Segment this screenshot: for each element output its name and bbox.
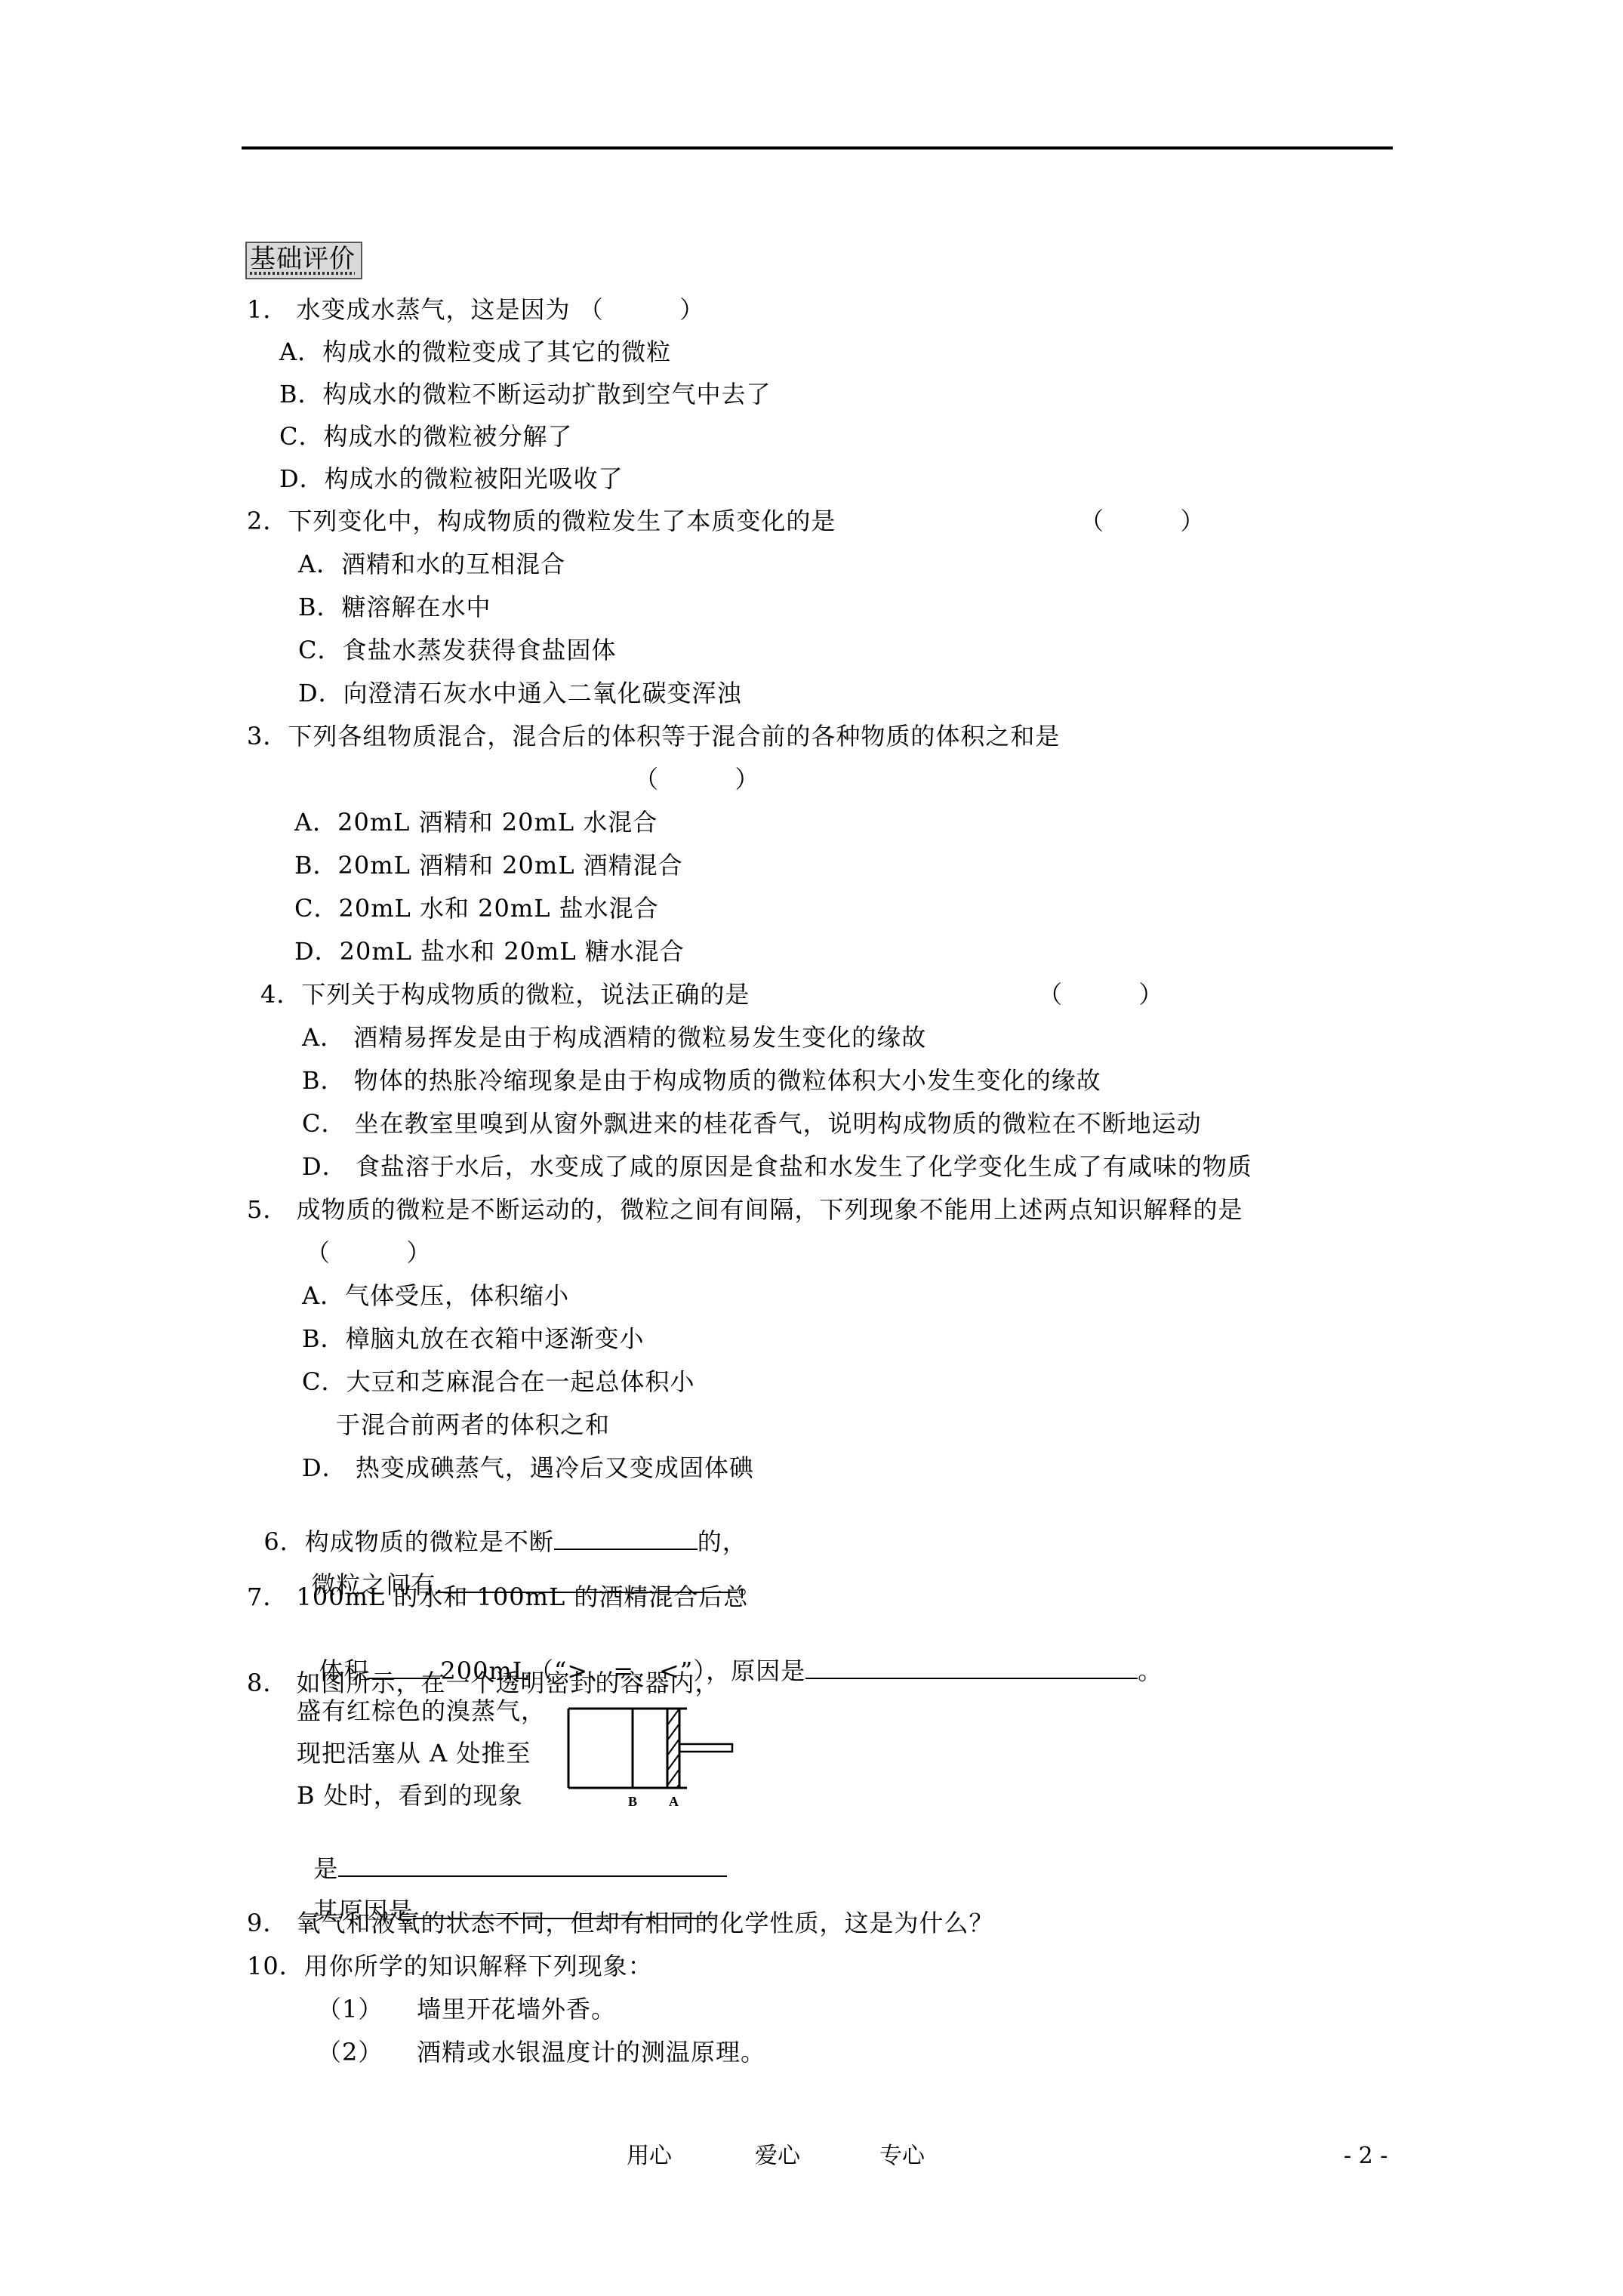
q5-option-b: B．樟脑丸放在衣箱中逐渐变小 [302, 1324, 645, 1354]
q1-option-d: D．构成水的微粒被阳光吸收了 [279, 464, 624, 494]
piston-cylinder-diagram: B A [559, 1699, 747, 1820]
q10-stem: 10．用你所学的知识解释下列现象： [247, 1951, 653, 1981]
wavy-underline [250, 272, 355, 275]
q7-blank-reason[interactable] [805, 1655, 1138, 1679]
page-number: - 2 - [1344, 2143, 1387, 2170]
q3-option-a: A．20mL 酒精和 20mL 水混合 [294, 807, 658, 837]
q2-option-c: C．食盐水蒸发获得食盐固体 [298, 635, 617, 665]
q8-line-3: 现把活塞从 A 处推至 [297, 1738, 531, 1768]
q7-text-c: 。 [1138, 1657, 1163, 1685]
q8-line-1: 8． 如图所示，在一个透明密封的容器内， [247, 1668, 720, 1698]
section-title-basic-evaluation: 基础评价 [245, 242, 362, 279]
q5-option-a: A．气体受压，体积缩小 [302, 1281, 569, 1311]
footer-motto-2: 爱心 [755, 2143, 800, 2170]
q1-option-b: B．构成水的微粒不断运动扩散到空气中去了 [279, 379, 771, 409]
label-a: A [669, 1794, 679, 1809]
q4-option-a: A． 酒精易挥发是由于构成酒精的微粒易发生变化的缘故 [302, 1022, 926, 1052]
q3-option-b: B．20mL 酒精和 20mL 酒精混合 [294, 850, 683, 880]
q1-stem: 1． 水变成水蒸气，这是因为 （ ） [247, 294, 704, 325]
q9-stem: 9． 氧气和液氧的状态不同，但却有相同的化学性质，这是为什么？ [247, 1908, 994, 1938]
q5-option-c: C．大豆和芝麻混合在一起总体积小 [302, 1367, 695, 1397]
footer-motto-1: 用心 [627, 2143, 672, 2170]
q3-answer-paren: （ ） [634, 764, 760, 794]
header-rule [242, 146, 1393, 149]
q4-option-b: B． 物体的热胀冷缩现象是由于构成物质的微粒体积大小发生变化的缘故 [302, 1065, 1101, 1096]
q5-option-c-continued: 于混合前两者的体积之和 [336, 1410, 610, 1440]
q4-stem: 4．下列关于构成物质的微粒，说法正确的是 [260, 979, 750, 1009]
q5-answer-paren: （ ） [306, 1237, 432, 1268]
q3-option-d: D．20mL 盐水和 20mL 糖水混合 [294, 936, 685, 966]
q4-option-d: D． 食盐溶于水后，水变成了咸的原因是食盐和水发生了化学变化生成了有咸味的物质 [302, 1151, 1252, 1182]
label-b: B [628, 1794, 637, 1809]
q10-item-1: （1） 墙里开花墙外香。 [317, 1994, 616, 2024]
q2-option-b: B．糖溶解在水中 [298, 592, 491, 622]
q7-line-1: 7． 100mL 的水和 100mL 的酒精混合后总 [247, 1582, 748, 1612]
q2-option-a: A．酒精和水的互相混合 [298, 549, 565, 579]
q8-line-2: 盛有红棕色的溴蒸气， [297, 1696, 546, 1726]
q1-option-a: A．构成水的微粒变成了其它的微粒 [279, 337, 671, 367]
q5-option-d: D． 热变成碘蒸气，遇冷后又变成固体碘 [302, 1453, 754, 1483]
footer-motto-3: 专心 [879, 2143, 925, 2170]
q10-item-2: （2） 酒精或水银温度计的测温原理。 [317, 2037, 765, 2067]
q4-option-c: C． 坐在教室里嗅到从窗外飘进来的桂花香气，说明构成物质的微粒在不断地运动 [302, 1108, 1202, 1139]
q4-answer-paren: （ ） [1038, 979, 1164, 1009]
q5-stem: 5． 成物质的微粒是不断运动的，微粒之间有间隔，下列现象不能用上述两点知识解释的… [247, 1194, 1243, 1225]
q8-line-4: B 处时，看到的现象 [297, 1780, 523, 1811]
q2-stem: 2．下列变化中，构成物质的微粒发生了本质变化的是 [247, 506, 836, 536]
q2-option-d: D．向澄清石灰水中通入二氧化碳变浑浊 [298, 678, 742, 708]
q1-option-c: C．构成水的微粒被分解了 [279, 421, 573, 451]
q3-stem: 3．下列各组物质混合，混合后的体积等于混合前的各种物质的体积之和是 [247, 721, 1060, 751]
q3-option-c: C．20mL 水和 20mL 盐水混合 [294, 893, 659, 923]
q2-answer-paren: （ ） [1079, 506, 1206, 536]
section-title-text: 基础评价 [250, 244, 356, 274]
